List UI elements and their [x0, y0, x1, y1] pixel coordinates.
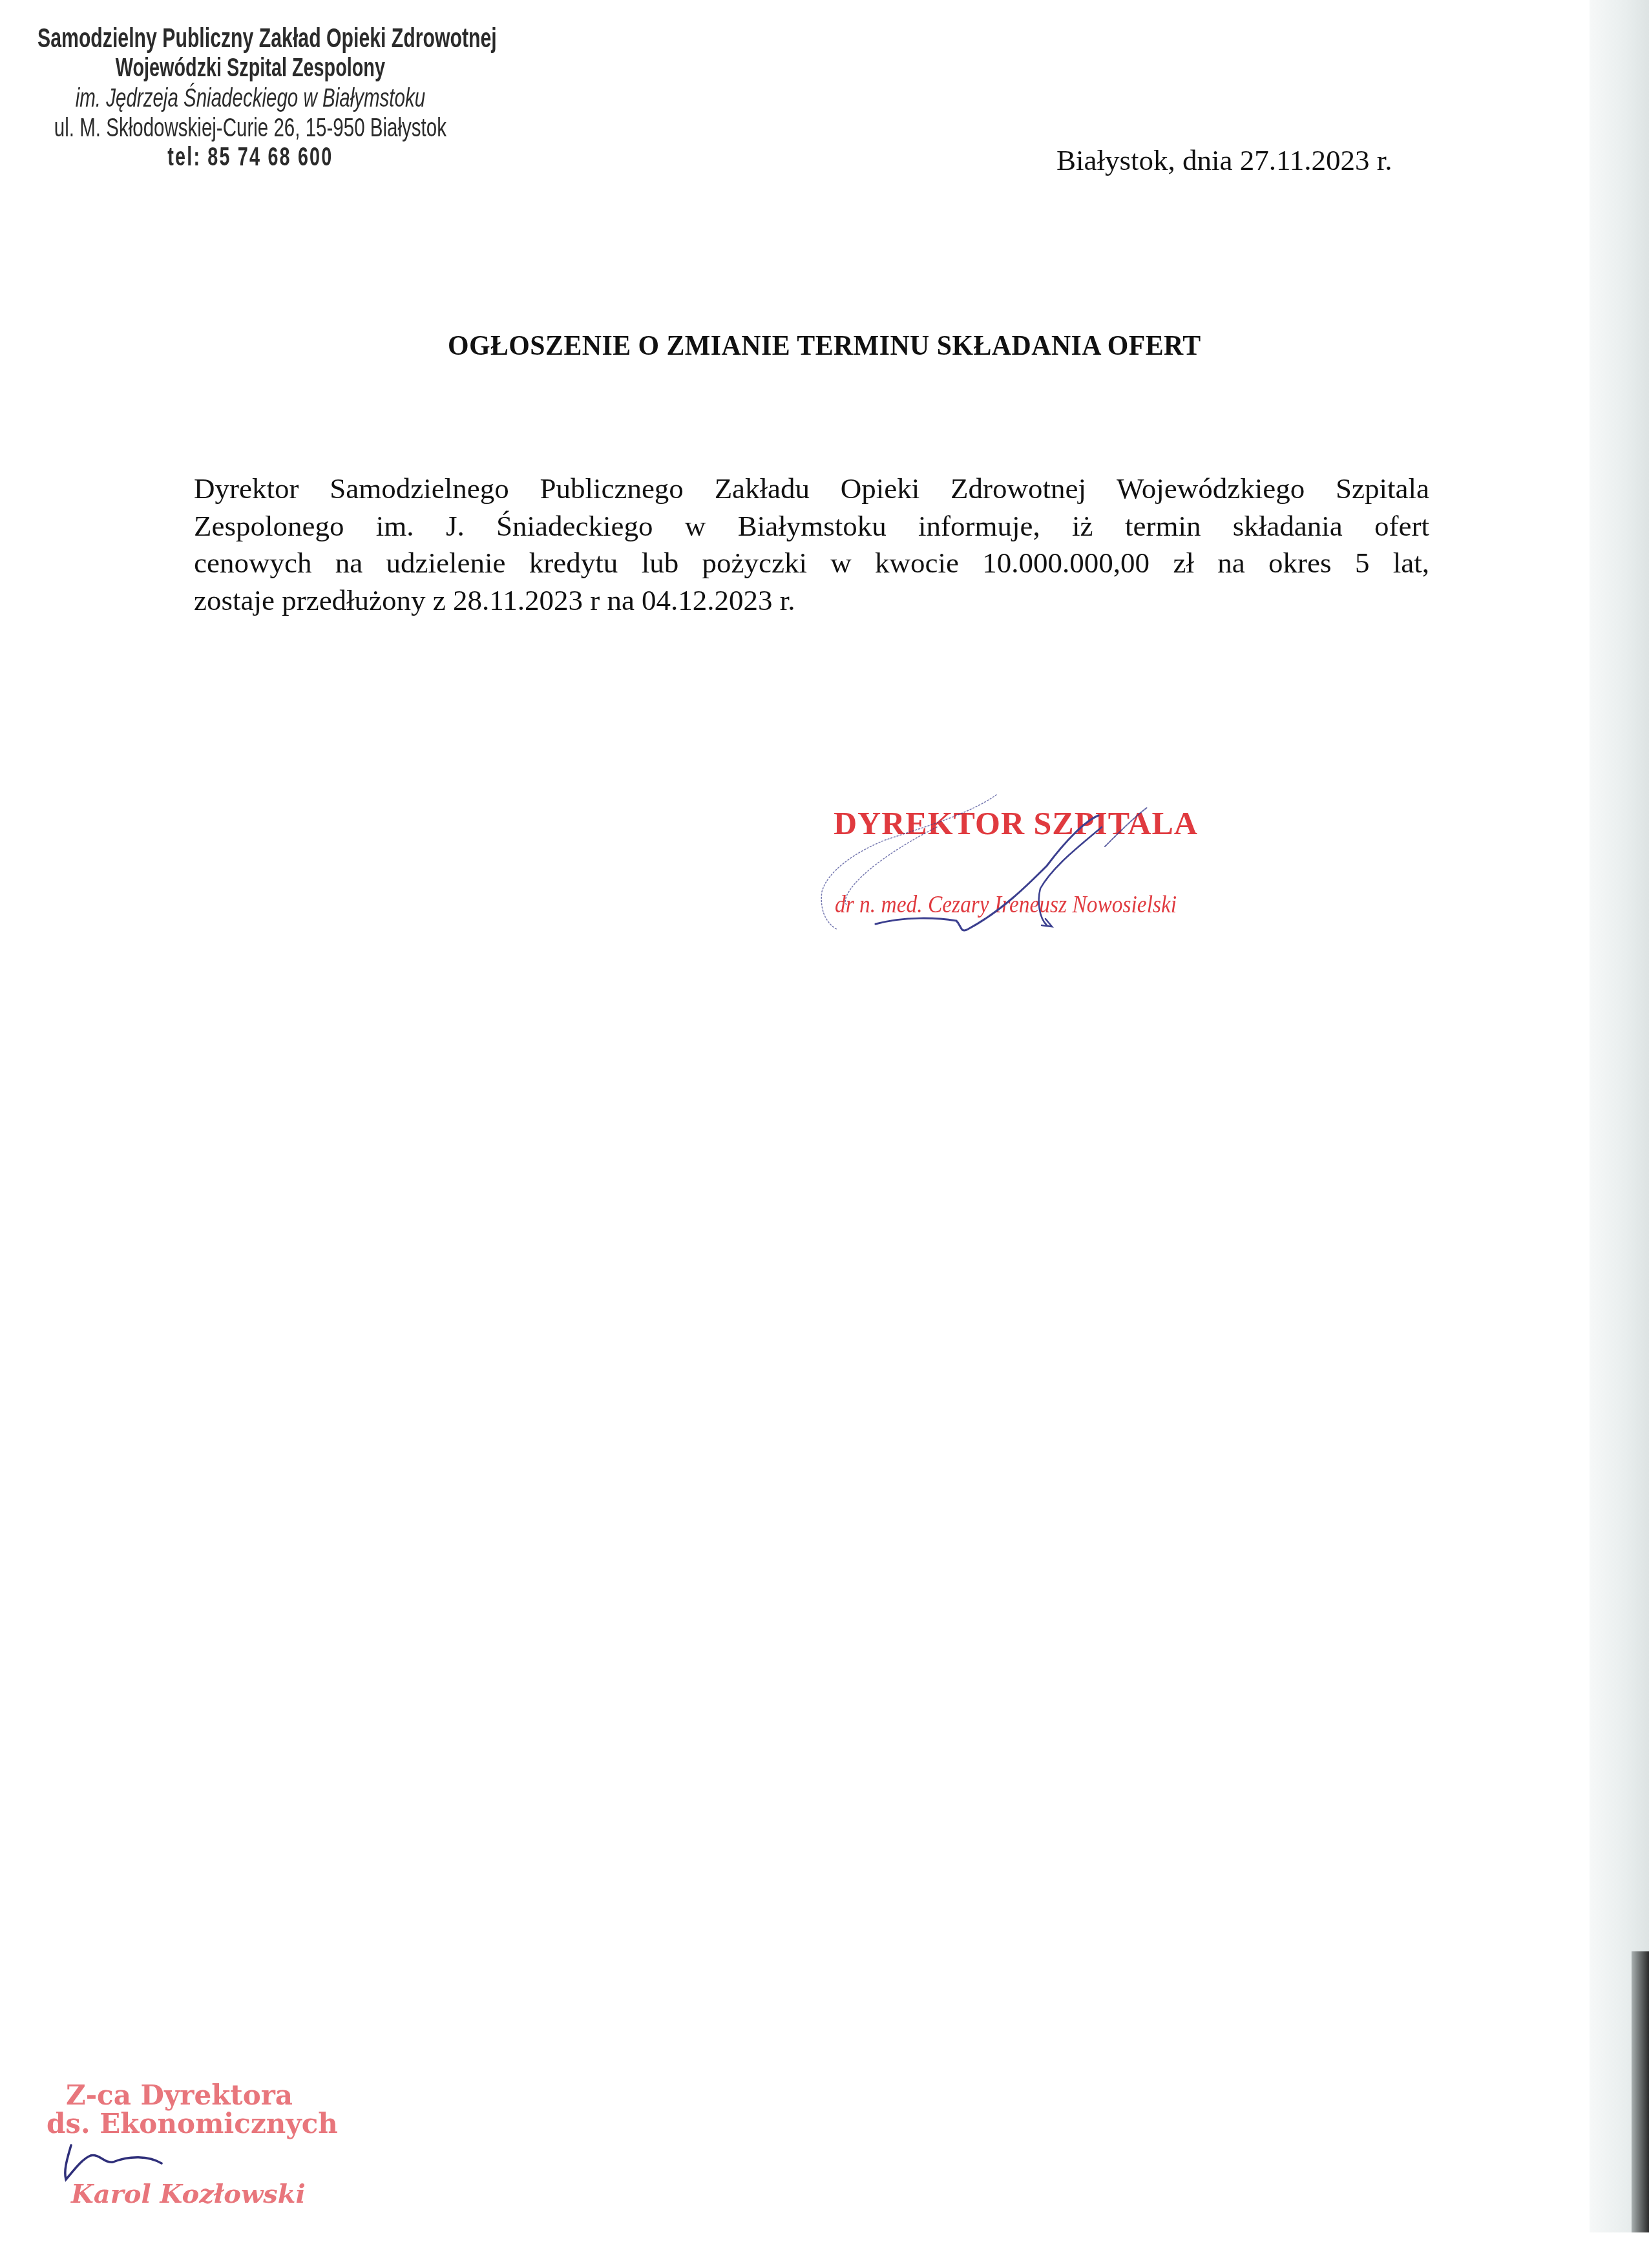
document-title: OGŁOSZENIE O ZMIANIE TERMINU SKŁADANIA O… — [0, 328, 1649, 362]
deputy-stamp-title: Z-ca Dyrektora — [66, 2079, 293, 2111]
deputy-stamp-name: Karol Kozłowski — [71, 2179, 306, 2209]
body-line: Dyrektor Samodzielnego Publicznego Zakła… — [194, 470, 1429, 508]
stamp-line-patron: im. Jędrzeja Śniadeckiego w Białymstoku — [37, 83, 463, 112]
director-stamp-name: dr n. med. Cezary Ireneusz Nowosielski — [835, 890, 1177, 919]
institution-header-stamp: Samodzielny Publiczny Zakład Opieki Zdro… — [37, 23, 463, 172]
director-stamp-title: DYREKTOR SZPITALA — [834, 804, 1198, 842]
stamp-line-address: ul. M. Skłodowskiej-Curie 26, 15-950 Bia… — [37, 112, 463, 142]
scan-bottom-margin — [0, 2232, 1649, 2268]
scan-edge-dark — [1632, 1951, 1649, 2232]
stamp-line-phone: tel: 85 74 68 600 — [37, 142, 463, 172]
stamp-line-hospital: Wojewódzki Szpital Zespolony — [37, 53, 463, 83]
place-and-date: Białystok, dnia 27.11.2023 r. — [1056, 143, 1392, 177]
deputy-stamp-department: ds. Ekonomicznych — [47, 2108, 338, 2139]
body-line: Zespolonego im. J. Śniadeckiego w Białym… — [194, 508, 1429, 545]
body-line: zostaje przedłużony z 28.11.2023 r na 04… — [194, 582, 1429, 620]
document-title-text: OGŁOSZENIE O ZMIANIE TERMINU SKŁADANIA O… — [448, 328, 1201, 362]
deputy-signature-icon — [52, 2144, 181, 2183]
body-line: cenowych na udzielenie kredytu lub pożyc… — [194, 545, 1429, 582]
announcement-body: Dyrektor Samodzielnego Publicznego Zakła… — [194, 470, 1429, 619]
stamp-line-institution: Samodzielny Publiczny Zakład Opieki Zdro… — [37, 23, 463, 53]
